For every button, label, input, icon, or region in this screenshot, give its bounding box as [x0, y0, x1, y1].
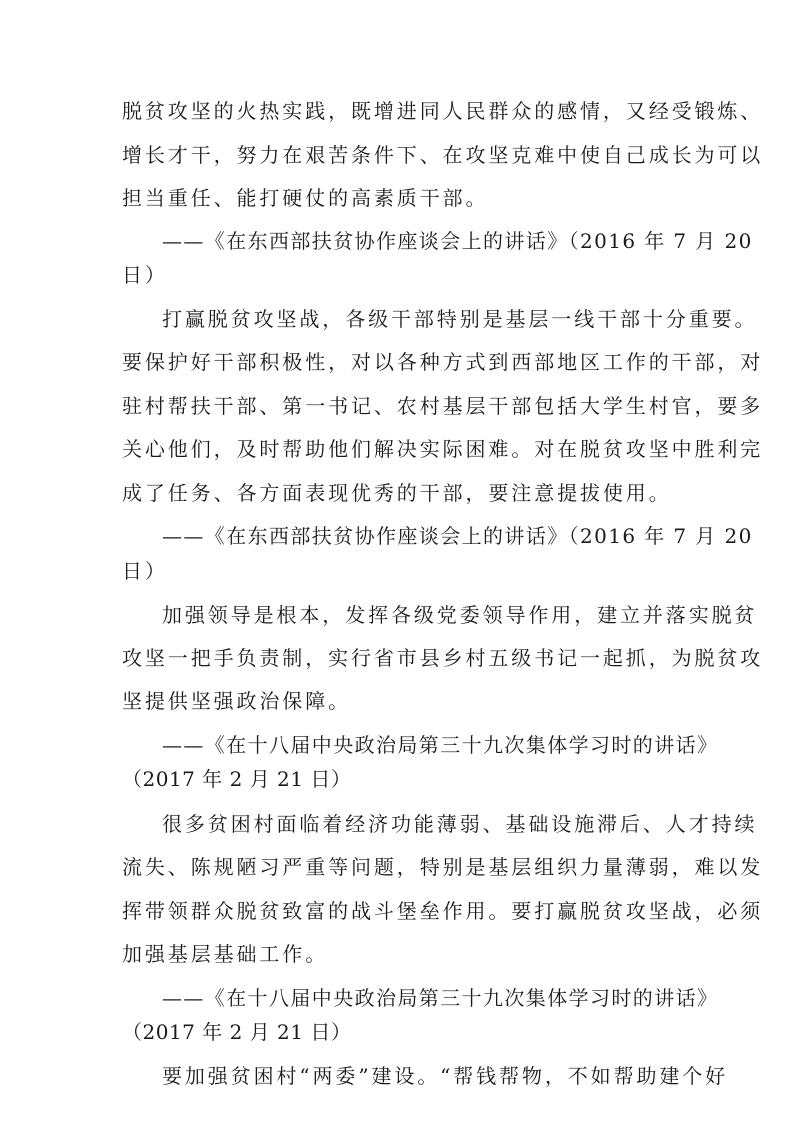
paragraph-first-line: 要加强贫困村“两委”建设。“帮钱帮物，不如帮助建个好: [162, 1062, 722, 1090]
body-text-line: 要保护好干部积极性，对以各种方式到西部地区工作的干部，对: [122, 348, 682, 376]
body-text-line: 加强基层基础工作。: [122, 940, 682, 968]
document-page: 脱贫攻坚的火热实践，既增进同人民群众的感情，又经受锻炼、 增长才干，努力在艰苦条…: [0, 0, 793, 1122]
citation-line: ——《在十八届中央政治局第三十九次集体学习时的讲话》: [162, 984, 722, 1012]
body-text-line: 驻村帮扶干部、第一书记、农村基层干部包括大学生村官，要多: [122, 392, 682, 420]
body-text-line: 关心他们，及时帮助他们解决实际困难。对在脱贫攻坚中胜利完: [122, 435, 682, 463]
body-text-line: 流失、陈规陋习严重等问题，特别是基层组织力量薄弱，难以发: [122, 853, 682, 881]
citation-date-line: （2017 年 2 月 21 日）: [122, 1018, 682, 1046]
citation-date-line: 日）: [122, 261, 682, 289]
body-text-line: 挥带领群众脱贫致富的战斗堡垒作用。要打赢脱贫攻坚战，必须: [122, 897, 682, 925]
body-text-line: 坚提供坚强政治保障。: [122, 687, 682, 715]
citation-date-line: （2017 年 2 月 21 日）: [122, 765, 682, 793]
citation-line: ——《在十八届中央政治局第三十九次集体学习时的讲话》: [162, 731, 722, 759]
citation-date-line: 日）: [122, 557, 682, 585]
body-text-line: 担当重任、能打硬仗的高素质干部。: [122, 184, 682, 212]
paragraph-first-line: 加强领导是根本，发挥各级党委领导作用，建立并落实脱贫: [162, 601, 722, 629]
body-text-line: 脱贫攻坚的火热实践，既增进同人民群众的感情，又经受锻炼、: [122, 97, 682, 125]
paragraph-first-line: 很多贫困村面临着经济功能薄弱、基础设施滞后、人才持续: [162, 810, 722, 838]
citation-line: ——《在东西部扶贫协作座谈会上的讲话》（2016 年 7 月 20: [162, 522, 722, 550]
citation-line: ——《在东西部扶贫协作座谈会上的讲话》（2016 年 7 月 20: [162, 227, 722, 255]
body-text-line: 增长才干，努力在艰苦条件下、在攻坚克难中使自己成长为可以: [122, 141, 682, 169]
paragraph-first-line: 打赢脱贫攻坚战，各级干部特别是基层一线干部十分重要。: [162, 305, 722, 333]
body-text-line: 成了任务、各方面表现优秀的干部，要注意提拔使用。: [122, 479, 682, 507]
body-text-line: 攻坚一把手负责制，实行省市县乡村五级书记一起抓，为脱贫攻: [122, 644, 682, 672]
